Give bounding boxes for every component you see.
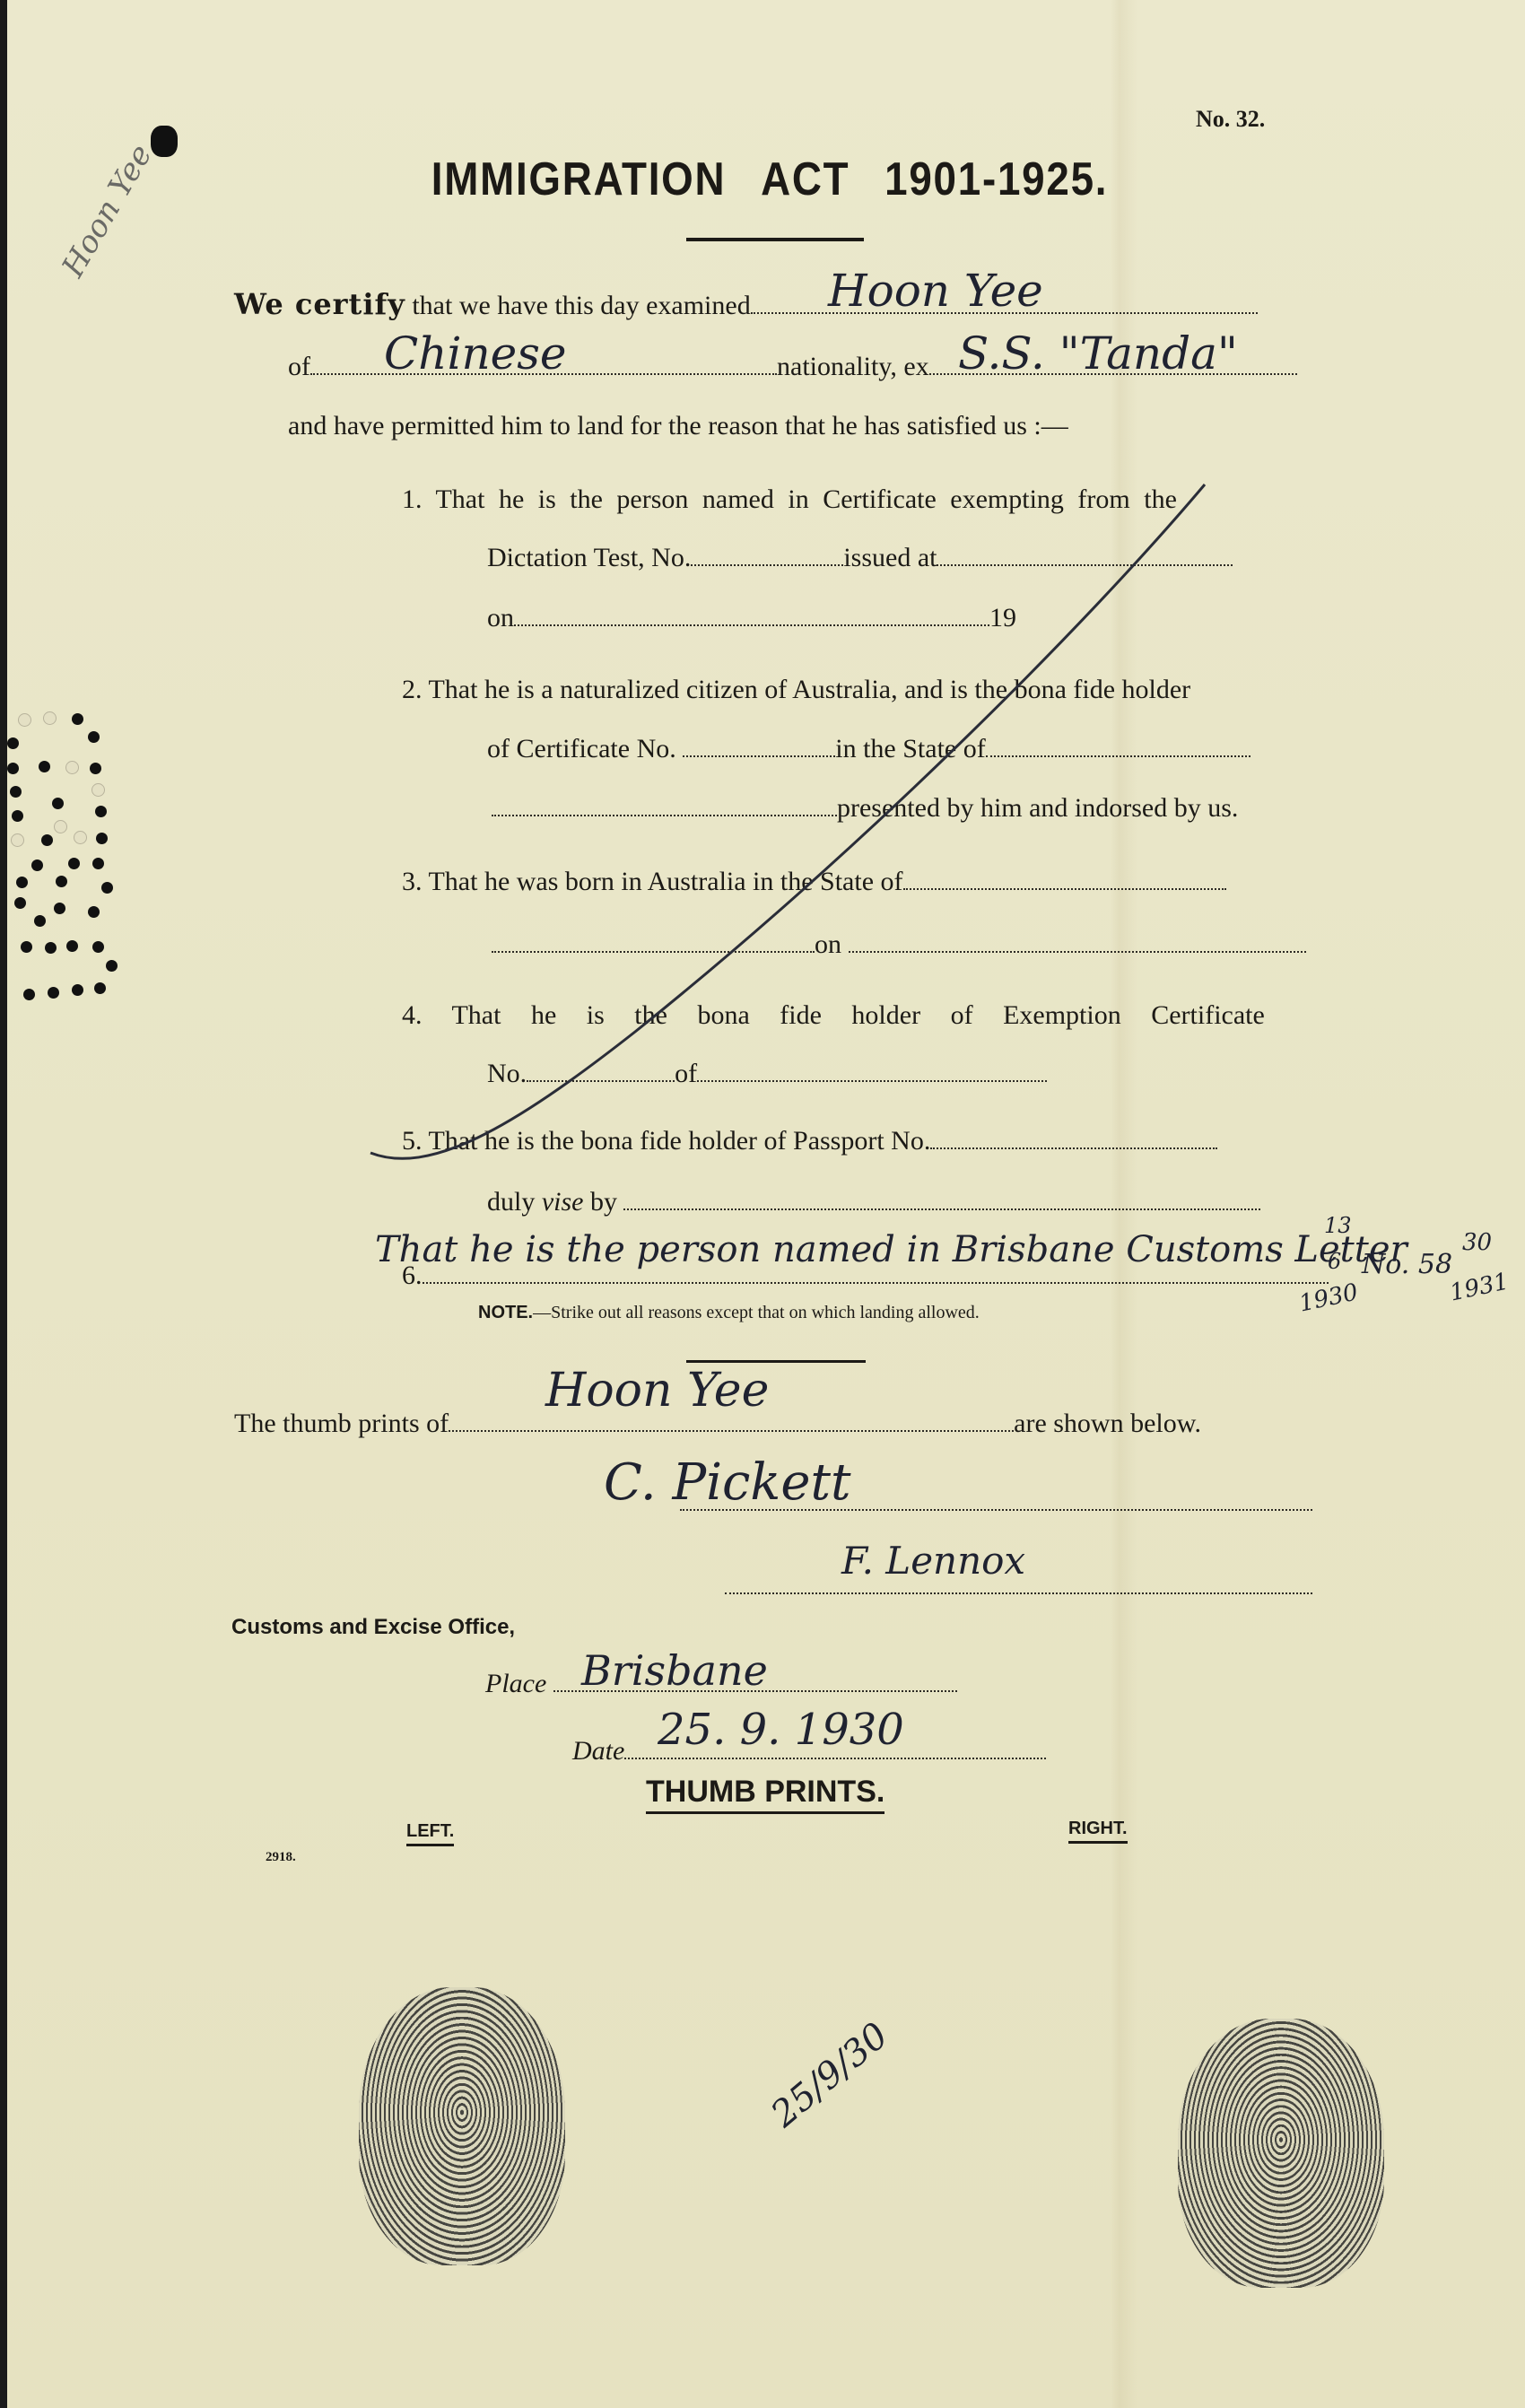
document-page: Hoon Yee No. 32. IMMIGRATIONACT1901-1925…	[7, 0, 1525, 2408]
thumbprints-suffix: are shown below.	[1014, 1409, 1201, 1438]
left-thumbprint	[359, 1987, 565, 2265]
right-label: RIGHT.	[1068, 1819, 1128, 1844]
right-thumbprint	[1178, 2019, 1384, 2288]
thumbprints-heading: THUMB PRINTS.	[646, 1775, 884, 1814]
thumbprints-name[interactable]: Hoon Yee	[545, 1364, 769, 1418]
signature-2: F. Lennox	[841, 1539, 1025, 1583]
left-label: LEFT.	[406, 1821, 454, 1846]
date-label: Date	[572, 1736, 624, 1766]
date-value[interactable]: 25. 9. 1930	[658, 1705, 904, 1755]
signature-line-2	[725, 1592, 1312, 1594]
office-label: Customs and Excise Office,	[231, 1615, 515, 1640]
print-code: 2918.	[266, 1850, 296, 1865]
place-label: Place	[485, 1669, 546, 1698]
section-divider	[686, 1360, 866, 1363]
strike-out-stroke	[7, 0, 1525, 1346]
initials-date: 25/9/30	[763, 2015, 896, 2135]
thumbprints-intro: The thumb prints of	[234, 1409, 449, 1438]
signature-1: C. Pickett	[604, 1453, 851, 1512]
place-value[interactable]: Brisbane	[581, 1646, 768, 1695]
